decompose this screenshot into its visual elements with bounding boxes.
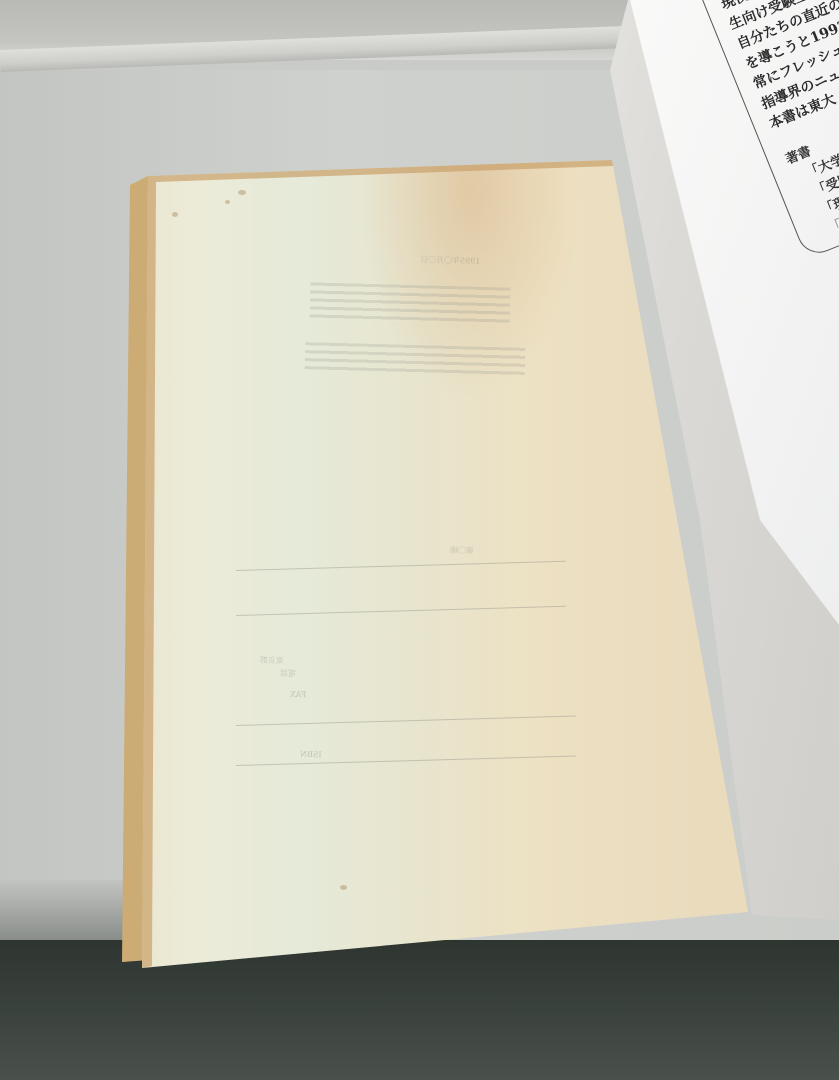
- bleed-block: [310, 282, 511, 327]
- bleed-text: ISBN: [300, 750, 322, 760]
- bleed-rule: [236, 606, 566, 616]
- foxing-spot: [172, 212, 178, 217]
- bleed-rule: [236, 756, 576, 766]
- bleed-rule: [236, 561, 566, 571]
- foxing-spot: [340, 885, 347, 890]
- bleed-text: 1995年〇月〇日: [420, 254, 481, 267]
- foxing-spot: [225, 200, 230, 204]
- bleed-text: 電話: [280, 668, 296, 679]
- bleed-text: 東京都: [260, 655, 284, 667]
- bleed-text: FAX: [290, 690, 307, 699]
- bleed-block: [305, 342, 526, 378]
- bleed-text: 第〇刷: [450, 545, 474, 557]
- foxing-spot: [238, 190, 246, 195]
- bleed-rule: [236, 716, 576, 726]
